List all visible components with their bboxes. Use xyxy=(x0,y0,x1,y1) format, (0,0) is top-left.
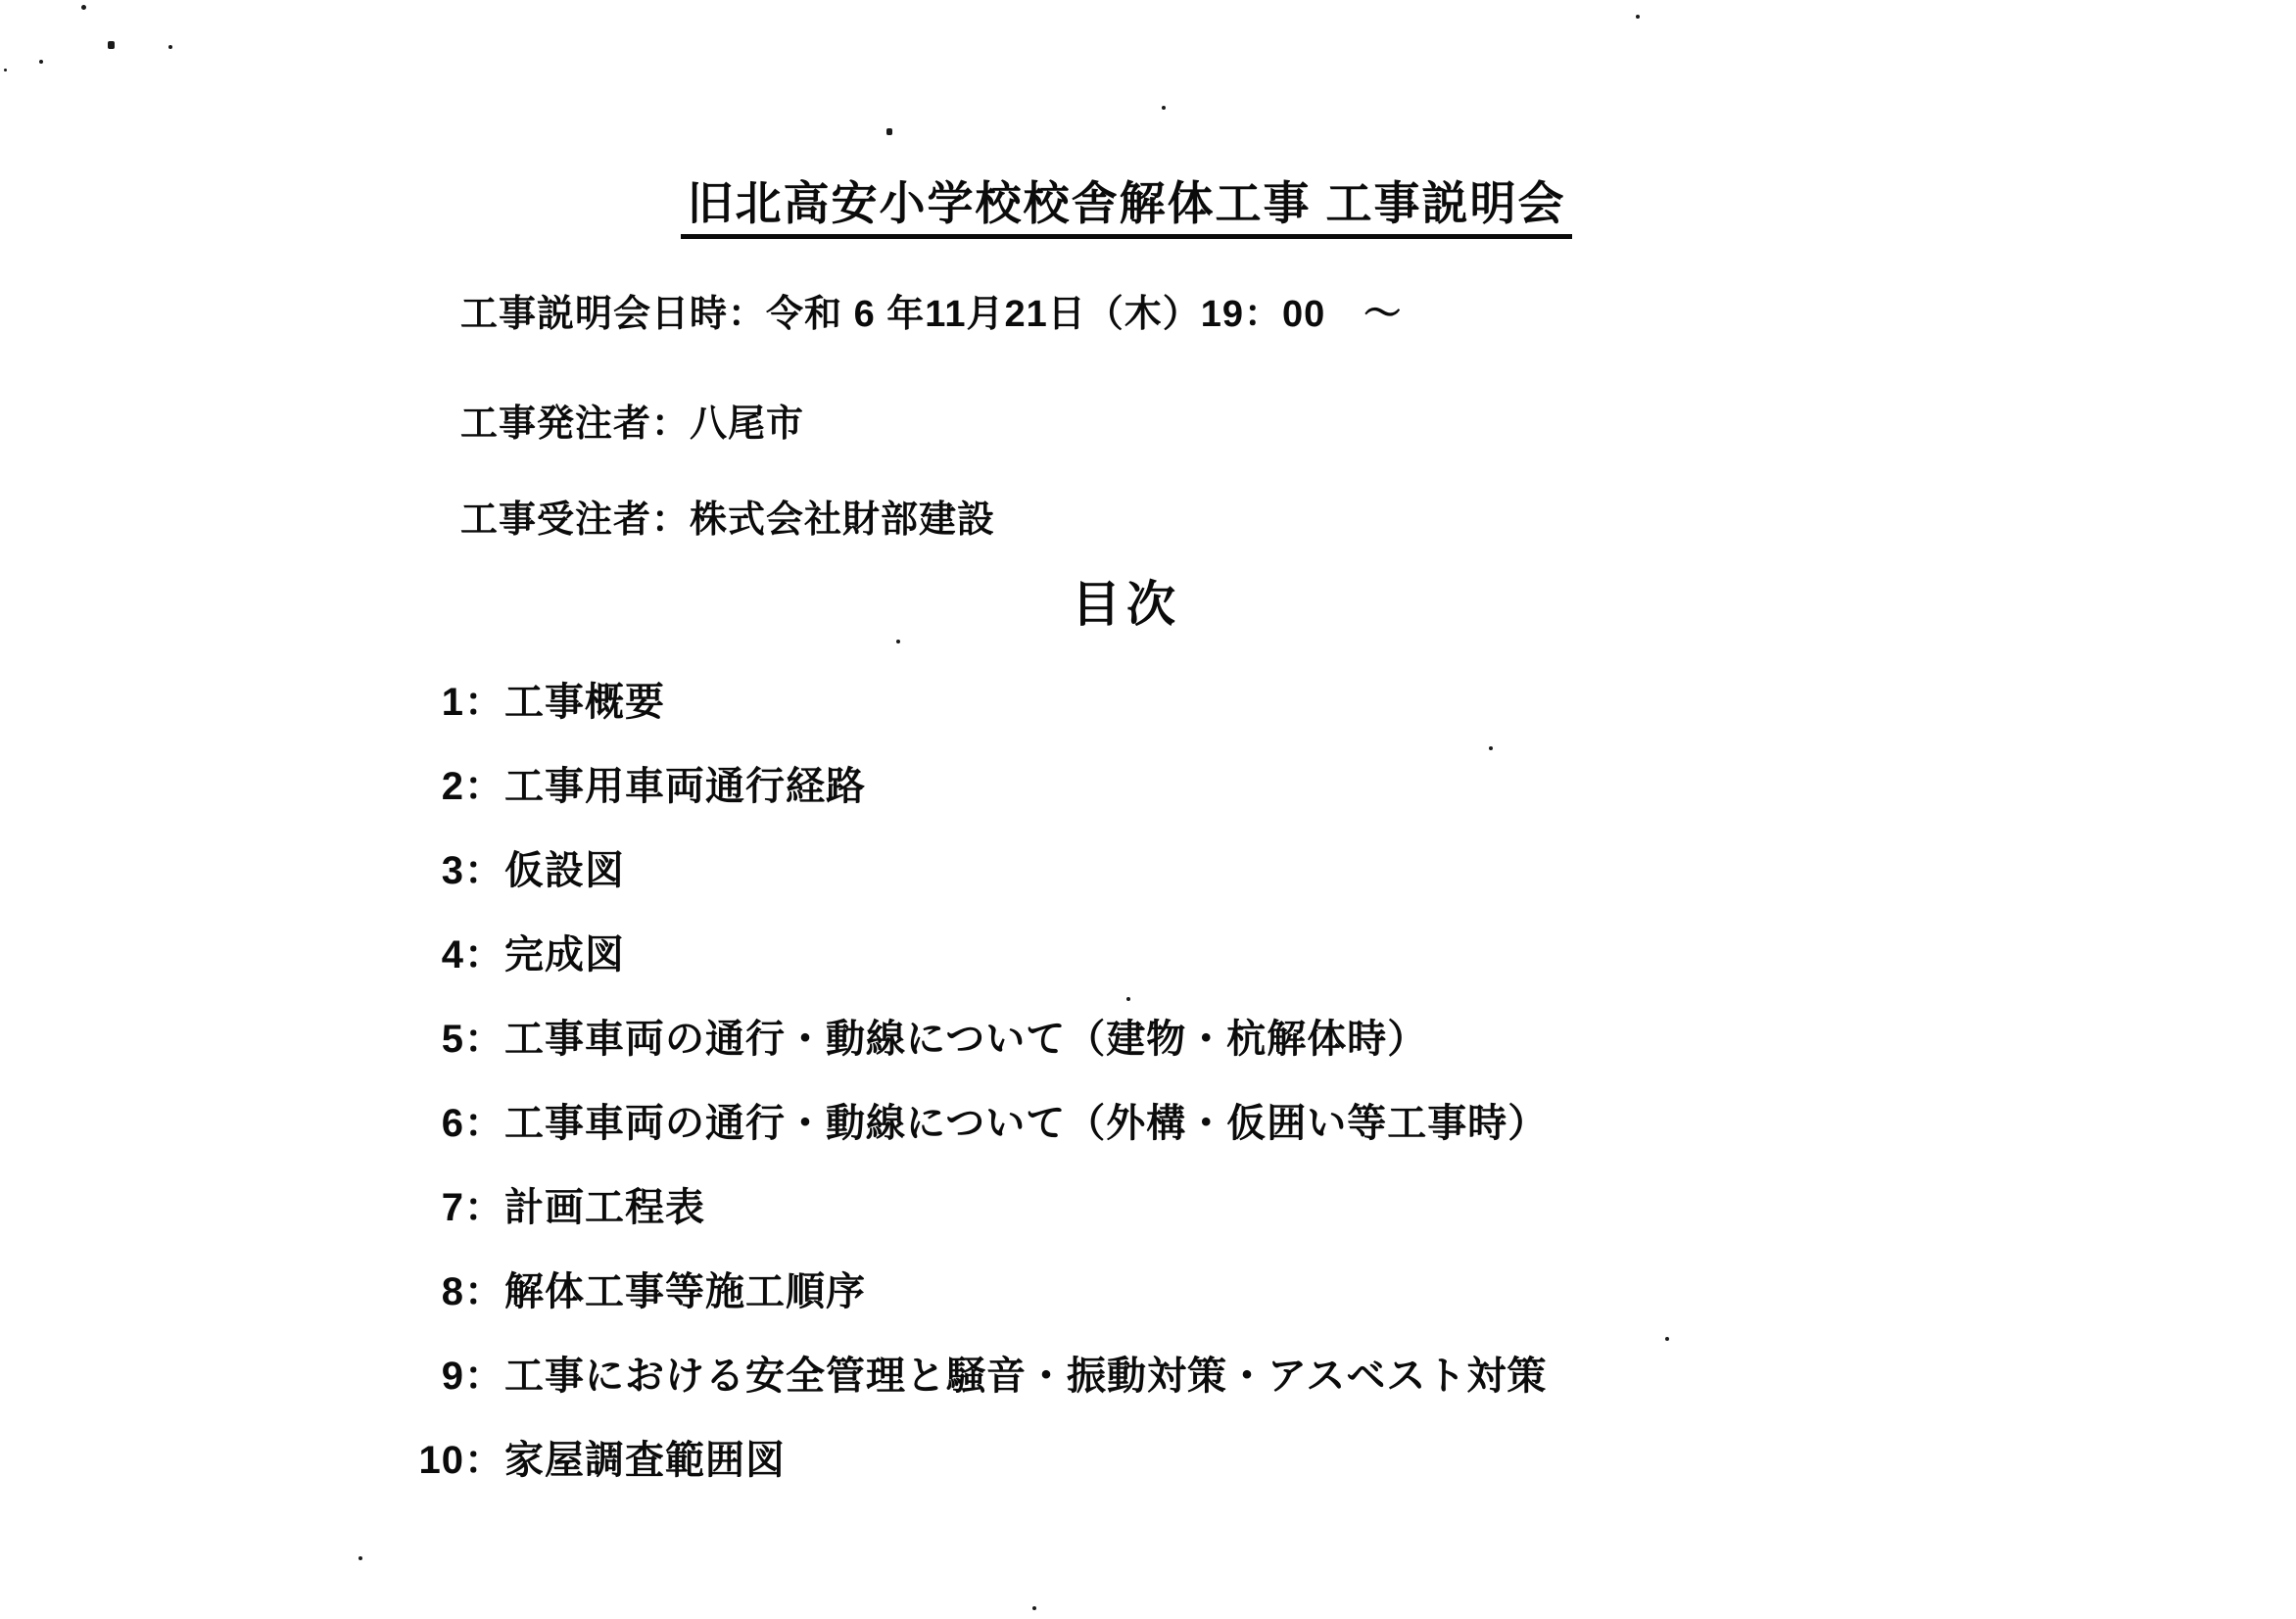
toc-item-label: 解体工事等施工順序 xyxy=(504,1269,866,1314)
toc-item-number: 2 xyxy=(396,764,464,809)
toc-item-2: 2：工事用車両通行経路 xyxy=(396,764,1548,848)
scan-speck xyxy=(1032,1606,1036,1610)
toc-item-8: 8：解体工事等施工順序 xyxy=(396,1269,1548,1354)
toc-item-separator: ： xyxy=(464,848,504,893)
toc-item-separator: ： xyxy=(464,1101,504,1146)
toc-item-label: 計画工程表 xyxy=(504,1185,705,1230)
toc-item-label: 完成図 xyxy=(504,932,625,977)
scan-speck xyxy=(81,5,86,10)
toc-item-separator: ： xyxy=(464,1017,504,1062)
scan-speck xyxy=(1162,106,1166,110)
label-separator: ： xyxy=(728,294,766,335)
orderer-line: 工事発注者：八尾市 xyxy=(460,404,804,447)
toc-item-number: 5 xyxy=(396,1017,464,1062)
orderer-value: 八尾市 xyxy=(690,404,804,445)
orderer-label: 工事発注者 xyxy=(460,404,651,445)
toc-item-number: 3 xyxy=(396,848,464,893)
contractor-value: 株式会社財部建設 xyxy=(690,500,995,541)
toc-item-number: 10 xyxy=(396,1438,464,1483)
toc-item-9: 9：工事における安全管理と騒音・振動対策・アスベスト対策 xyxy=(396,1354,1548,1438)
toc-item-3: 3：仮設図 xyxy=(396,848,1548,932)
scan-speck xyxy=(108,41,115,49)
toc-item-5: 5：工事車両の通行・動線について（建物・杭解体時） xyxy=(396,1017,1548,1101)
scan-speck xyxy=(886,128,892,135)
toc-item-label: 仮設図 xyxy=(504,848,625,893)
toc-heading: 目次 xyxy=(0,578,2253,632)
contractor-line: 工事受注者：株式会社財部建設 xyxy=(460,500,995,543)
scan-speck xyxy=(1126,997,1130,1001)
scan-speck xyxy=(39,60,43,64)
document-title-row: 旧北高安小学校校舎解体工事 工事説明会 xyxy=(0,178,2253,239)
toc-item-separator: ： xyxy=(464,680,504,725)
scan-speck xyxy=(168,45,172,49)
toc-item-separator: ： xyxy=(464,764,504,809)
toc-item-separator: ： xyxy=(464,932,504,977)
scan-speck xyxy=(896,640,900,643)
toc-item-label: 家屋調査範囲図 xyxy=(504,1438,786,1483)
toc-item-label: 工事車両の通行・動線について（建物・杭解体時） xyxy=(504,1017,1427,1062)
scanned-document-page: 旧北高安小学校校舎解体工事 工事説明会 工事説明会日時：令和 6 年11月21日… xyxy=(0,0,2296,1619)
toc-item-number: 1 xyxy=(396,680,464,725)
scan-speck xyxy=(359,1556,362,1560)
toc-list: 1：工事概要 2：工事用車両通行経路 3：仮設図 4：完成図 5：工事車両の通行… xyxy=(396,680,1548,1522)
toc-item-number: 6 xyxy=(396,1101,464,1146)
toc-item-separator: ： xyxy=(464,1269,504,1314)
scan-speck xyxy=(1636,15,1640,19)
toc-item-label: 工事概要 xyxy=(504,680,665,725)
toc-item-number: 8 xyxy=(396,1269,464,1314)
toc-item-separator: ： xyxy=(464,1438,504,1483)
label-separator: ： xyxy=(651,404,690,445)
scan-speck xyxy=(1489,746,1493,750)
scan-speck xyxy=(4,69,7,71)
toc-item-4: 4：完成図 xyxy=(396,932,1548,1017)
meeting-datetime-value: 令和 6 年11月21日（木）19：00 ～ xyxy=(766,294,1402,335)
toc-item-label: 工事における安全管理と騒音・振動対策・アスベスト対策 xyxy=(504,1354,1547,1399)
toc-item-label: 工事車両の通行・動線について（外構・仮囲い等工事時） xyxy=(504,1101,1548,1146)
toc-item-separator: ： xyxy=(464,1354,504,1399)
document-title: 旧北高安小学校校舎解体工事 工事説明会 xyxy=(681,178,1571,239)
toc-item-number: 4 xyxy=(396,932,464,977)
toc-item-label: 工事用車両通行経路 xyxy=(504,764,866,809)
meeting-datetime-label: 工事説明会日時 xyxy=(460,294,728,335)
toc-item-6: 6：工事車両の通行・動線について（外構・仮囲い等工事時） xyxy=(396,1101,1548,1185)
toc-item-number: 7 xyxy=(396,1185,464,1230)
contractor-label: 工事受注者 xyxy=(460,500,651,541)
meeting-datetime-line: 工事説明会日時：令和 6 年11月21日（木）19：00 ～ xyxy=(460,294,1402,337)
toc-item-1: 1：工事概要 xyxy=(396,680,1548,764)
label-separator: ： xyxy=(651,500,690,541)
toc-item-10: 10：家屋調査範囲図 xyxy=(396,1438,1548,1522)
toc-item-separator: ： xyxy=(464,1185,504,1230)
scan-speck xyxy=(1665,1337,1669,1341)
toc-item-number: 9 xyxy=(396,1354,464,1399)
toc-item-7: 7：計画工程表 xyxy=(396,1185,1548,1269)
